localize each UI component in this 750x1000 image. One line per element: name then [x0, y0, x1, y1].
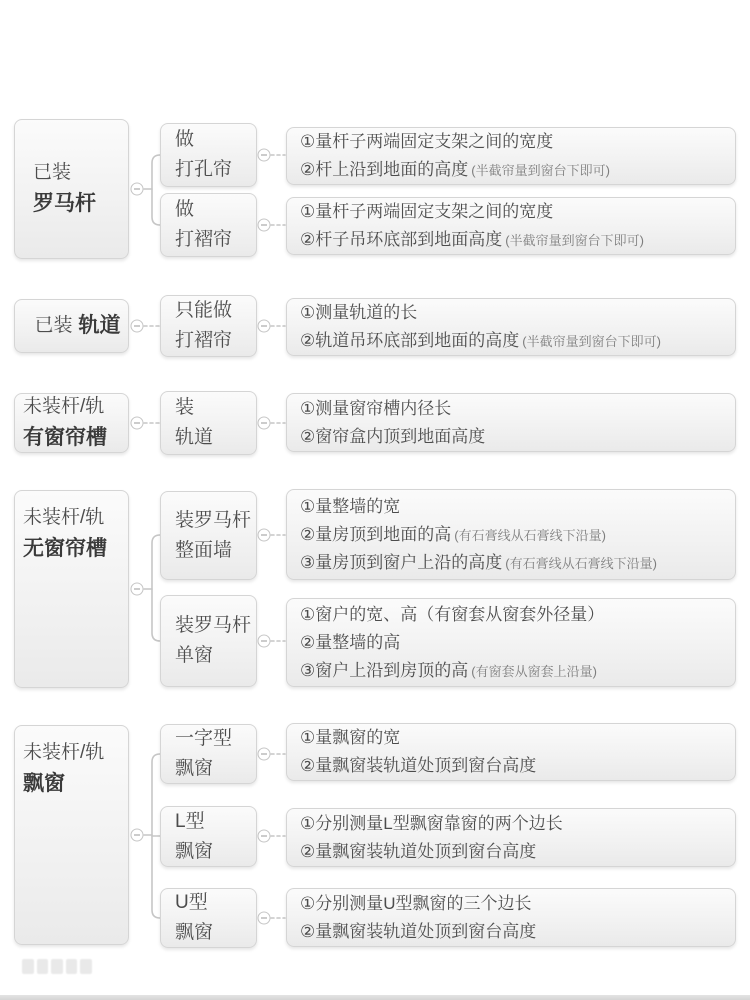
collapse-icon — [258, 417, 270, 429]
detail-text: ①测量窗帘槽内径长 — [300, 399, 451, 418]
collapse-icon — [258, 320, 270, 332]
option-label: 单窗 — [175, 641, 256, 671]
category-label-bold: 无窗帘槽 — [23, 533, 128, 565]
detail-text: ①分别测量L型飘窗靠窗的两个边长 — [300, 814, 563, 833]
option-node-pleat-curtain: 做 打褶帘 — [160, 193, 257, 257]
option-label: U型 — [175, 888, 256, 918]
detail-text: ②窗帘盒内顶到地面高度 — [300, 427, 485, 446]
detail-line: ②杆子吊环底部到地面高度(半截帘量到窗台下即可) — [300, 226, 735, 254]
category-label-bold: 有窗帘槽 — [23, 422, 128, 454]
collapse-icon — [131, 583, 143, 595]
detail-line: ②窗帘盒内顶到地面高度 — [300, 423, 735, 451]
detail-text: ②量飘窗装轨道处顶到窗台高度 — [300, 922, 536, 941]
detail-text: ②杆上沿到地面的高度 — [300, 160, 468, 179]
detail-text: ②轨道吊环底部到地面的高度 — [300, 331, 519, 350]
footer-divider — [0, 995, 750, 1000]
category-label: 未装杆/轨 — [23, 392, 128, 422]
collapse-icon — [131, 320, 143, 332]
collapse-icon — [131, 829, 143, 841]
detail-line: ①量整墙的宽 — [300, 493, 735, 521]
collapse-icon — [258, 529, 270, 541]
detail-text: ②量整墙的高 — [300, 633, 400, 652]
detail-line: ②轨道吊环底部到地面的高度(半截帘量到窗台下即可) — [300, 327, 735, 355]
category-label-bold: 飘窗 — [23, 768, 128, 800]
option-node-only-pleat: 只能做 打褶帘 — [160, 295, 257, 357]
option-label: 一字型 — [175, 724, 256, 754]
option-label: 装罗马杆 — [175, 611, 256, 641]
detail-text: ②量房顶到地面的高 — [300, 525, 451, 544]
option-label: 做 — [175, 125, 256, 155]
option-label: 只能做 — [175, 296, 256, 326]
detail-text: ①量杆子两端固定支架之间的宽度 — [300, 202, 553, 221]
detail-note: (半截帘量到窗台下即可) — [505, 233, 644, 248]
option-label: L型 — [175, 807, 256, 837]
option-node-roman-rod-single-window: 装罗马杆 单窗 — [160, 595, 257, 687]
detail-line: ②量飘窗装轨道处顶到窗台高度 — [300, 752, 735, 780]
option-label: 飘窗 — [175, 918, 256, 948]
detail-line: ①测量轨道的长 — [300, 299, 735, 327]
detail-text: ③量房顶到窗户上沿的高度 — [300, 553, 502, 572]
category-label: 已装 — [34, 311, 72, 341]
option-label: 轨道 — [175, 423, 256, 453]
detail-node: ①测量轨道的长 ②轨道吊环底部到地面的高度(半截帘量到窗台下即可) — [286, 298, 736, 356]
detail-node: ①测量窗帘槽内径长 ②窗帘盒内顶到地面高度 — [286, 393, 736, 452]
option-node-l-bay: L型 飘窗 — [160, 806, 257, 867]
detail-line: ①分别测量U型飘窗的三个边长 — [300, 890, 735, 918]
watermark — [22, 959, 92, 974]
detail-line: ②量整墙的高 — [300, 629, 735, 657]
collapse-icon — [258, 912, 270, 924]
detail-line: ①量飘窗的宽 — [300, 724, 735, 752]
detail-line: ①测量窗帘槽内径长 — [300, 395, 735, 423]
detail-text: ①测量轨道的长 — [300, 303, 417, 322]
category-node-no-curtain-box: 未装杆/轨 无窗帘槽 — [14, 490, 129, 688]
detail-text: ②量飘窗装轨道处顶到窗台高度 — [300, 756, 536, 775]
detail-node: ①分别测量L型飘窗靠窗的两个边长 ②量飘窗装轨道处顶到窗台高度 — [286, 808, 736, 867]
option-label: 装罗马杆 — [175, 506, 256, 536]
category-node-installed-roman-rod: 已装 罗马杆 — [14, 119, 129, 259]
option-label: 打孔帘 — [175, 155, 256, 185]
detail-note: (有石膏线从石膏线下沿量) — [505, 556, 657, 571]
option-label: 整面墙 — [175, 536, 256, 566]
collapse-icon — [258, 219, 270, 231]
detail-text: ①量整墙的宽 — [300, 497, 400, 516]
option-label: 装 — [175, 393, 256, 423]
detail-line: ②杆上沿到地面的高度(半截帘量到窗台下即可) — [300, 156, 735, 184]
detail-line: ③窗户上沿到房顶的高(有窗套从窗套上沿量) — [300, 657, 735, 685]
detail-text: ①量飘窗的宽 — [300, 728, 400, 747]
detail-text: ②量飘窗装轨道处顶到窗台高度 — [300, 842, 536, 861]
option-label: 打褶帘 — [175, 225, 256, 255]
option-node-straight-bay: 一字型 飘窗 — [160, 724, 257, 784]
detail-node: ①分别测量U型飘窗的三个边长 ②量飘窗装轨道处顶到窗台高度 — [286, 888, 736, 947]
option-node-install-track: 装 轨道 — [160, 391, 257, 455]
detail-text: ①量杆子两端固定支架之间的宽度 — [300, 132, 553, 151]
collapse-icon — [258, 748, 270, 760]
category-label: 已装 — [33, 158, 128, 188]
category-node-bay-window: 未装杆/轨 飘窗 — [14, 725, 129, 945]
detail-node: ①量杆子两端固定支架之间的宽度 ②杆子吊环底部到地面高度(半截帘量到窗台下即可) — [286, 197, 736, 255]
measure-guide-diagram: 已装 罗马杆 做 打孔帘 ①量杆子两端固定支架之间的宽度 ②杆上沿到地面的高度(… — [0, 0, 750, 1000]
option-node-u-bay: U型 飘窗 — [160, 888, 257, 948]
option-label: 做 — [175, 195, 256, 225]
detail-node: ①量飘窗的宽 ②量飘窗装轨道处顶到窗台高度 — [286, 723, 736, 781]
collapse-icon — [258, 635, 270, 647]
detail-text: ①分别测量U型飘窗的三个边长 — [300, 894, 532, 913]
collapse-icon — [258, 149, 270, 161]
option-label: 飘窗 — [175, 754, 256, 784]
category-label: 未装杆/轨 — [23, 738, 128, 768]
collapse-icon — [131, 417, 143, 429]
detail-note: (有窗套从窗套上沿量) — [471, 664, 597, 679]
detail-line: ①窗户的宽、高（有窗套从窗套外径量） — [300, 601, 735, 629]
detail-line: ③量房顶到窗户上沿的高度(有石膏线从石膏线下沿量) — [300, 549, 735, 577]
category-label-bold: 罗马杆 — [33, 188, 128, 220]
collapse-icon — [258, 830, 270, 842]
option-node-roman-rod-full-wall: 装罗马杆 整面墙 — [160, 491, 257, 580]
detail-node: ①量杆子两端固定支架之间的宽度 ②杆上沿到地面的高度(半截帘量到窗台下即可) — [286, 127, 736, 185]
detail-text: ③窗户上沿到房顶的高 — [300, 661, 468, 680]
detail-line: ②量飘窗装轨道处顶到窗台高度 — [300, 838, 735, 866]
detail-text: ②杆子吊环底部到地面高度 — [300, 230, 502, 249]
detail-text: ①窗户的宽、高（有窗套从窗套外径量） — [300, 605, 604, 624]
detail-node: ①窗户的宽、高（有窗套从窗套外径量） ②量整墙的高 ③窗户上沿到房顶的高(有窗套… — [286, 598, 736, 687]
detail-line: ②量飘窗装轨道处顶到窗台高度 — [300, 918, 735, 946]
detail-line: ①量杆子两端固定支架之间的宽度 — [300, 128, 735, 156]
option-label: 飘窗 — [175, 837, 256, 867]
category-label-bold: 轨道 — [79, 310, 121, 342]
collapse-icon — [131, 183, 143, 195]
detail-note: (半截帘量到窗台下即可) — [522, 334, 661, 349]
option-node-punch-curtain: 做 打孔帘 — [160, 123, 257, 187]
detail-note: (半截帘量到窗台下即可) — [471, 163, 610, 178]
detail-note: (有石膏线从石膏线下沿量) — [454, 528, 606, 543]
option-label: 打褶帘 — [175, 326, 256, 356]
category-node-has-curtain-box: 未装杆/轨 有窗帘槽 — [14, 393, 129, 453]
detail-line: ①量杆子两端固定支架之间的宽度 — [300, 198, 735, 226]
detail-node: ①量整墙的宽 ②量房顶到地面的高(有石膏线从石膏线下沿量) ③量房顶到窗户上沿的… — [286, 489, 736, 580]
category-label: 未装杆/轨 — [23, 503, 128, 533]
detail-line: ①分别测量L型飘窗靠窗的两个边长 — [300, 810, 735, 838]
detail-line: ②量房顶到地面的高(有石膏线从石膏线下沿量) — [300, 521, 735, 549]
category-node-installed-track: 已装 轨道 — [14, 299, 129, 353]
